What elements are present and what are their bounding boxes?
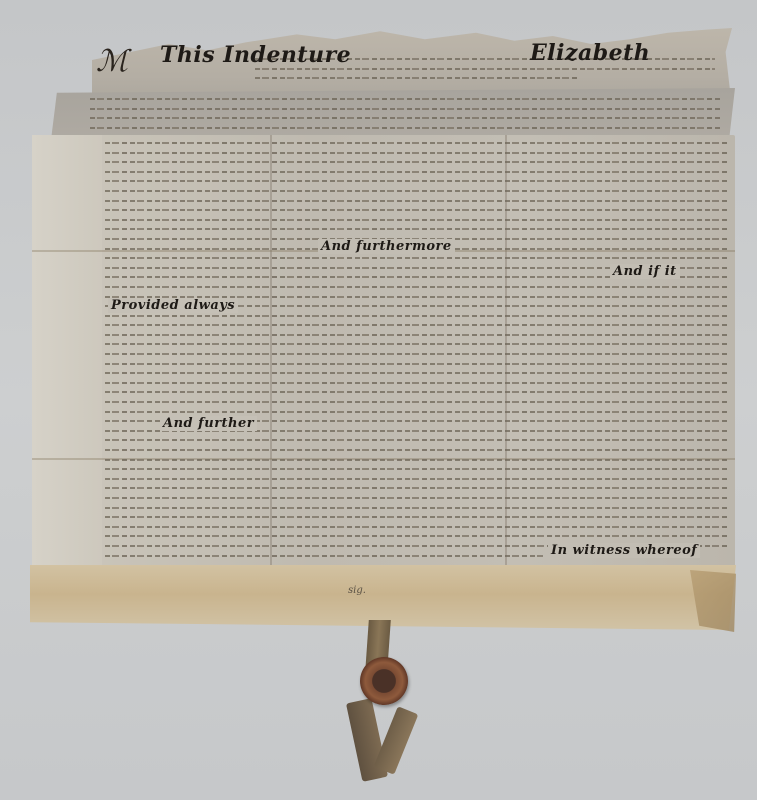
- heading-this-indenture: This Indenture: [160, 42, 351, 68]
- flourish-decoration: ℳ: [96, 44, 128, 79]
- clause-and-if-it: And if it: [610, 264, 680, 279]
- left-margin: [32, 135, 102, 575]
- wax-seal: [360, 657, 408, 705]
- clause-provided-always: Provided always: [108, 298, 238, 313]
- clause-and-furthermore: And furthermore: [318, 239, 455, 254]
- body-text: [105, 142, 730, 562]
- clause-and-further: And further: [160, 416, 257, 431]
- strip-text: [90, 98, 720, 140]
- clause-in-witness-whereof: In witness whereof: [548, 543, 700, 558]
- marginal-signature: sig.: [348, 585, 366, 596]
- heading-elizabeth: Elizabeth: [530, 40, 650, 66]
